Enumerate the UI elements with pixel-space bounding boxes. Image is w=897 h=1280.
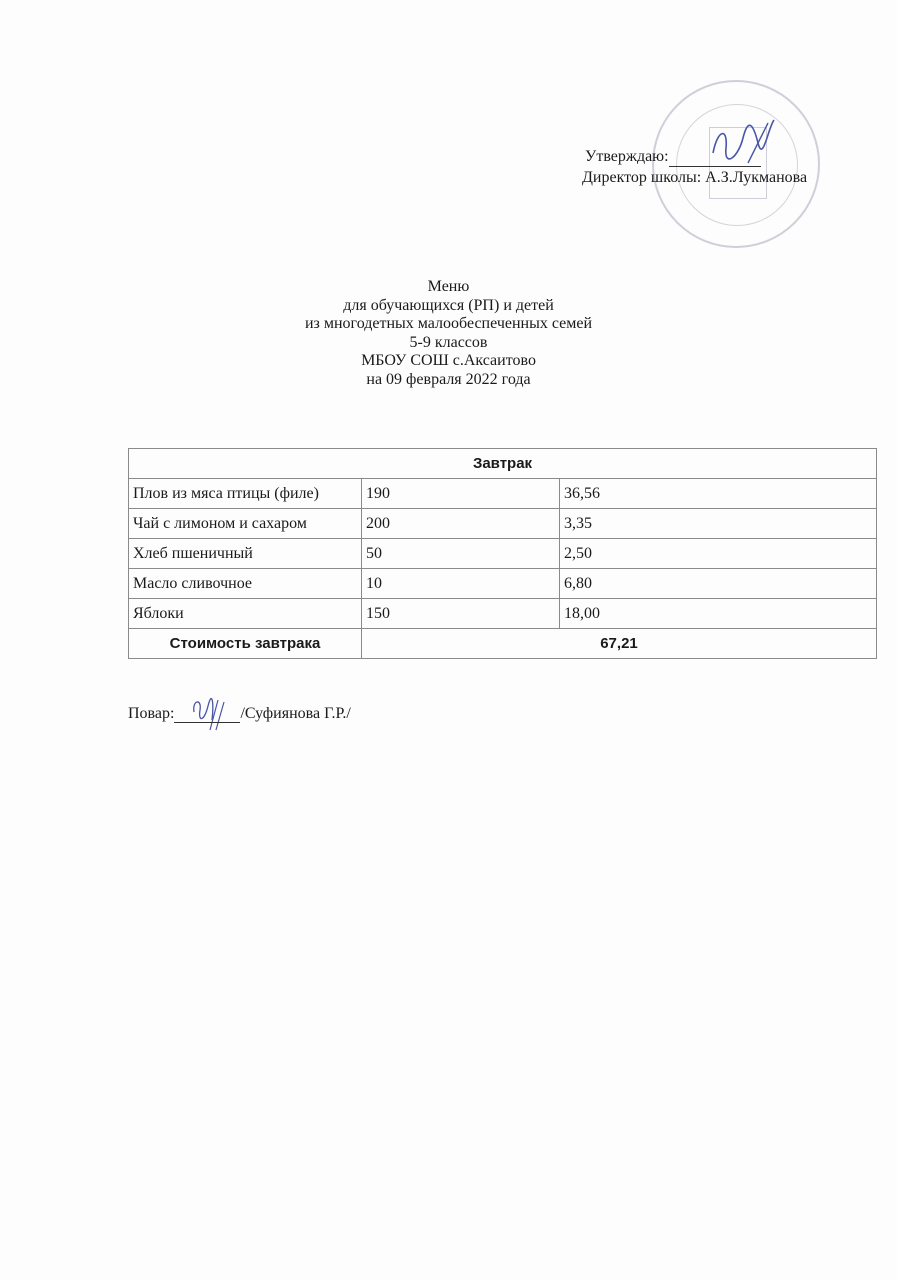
dish-weight: 150 <box>362 599 560 629</box>
dish-price: 3,35 <box>560 509 877 539</box>
cook-line: Повар:/Суфиянова Г.Р./ <box>128 705 351 723</box>
dish-price: 6,80 <box>560 569 877 599</box>
approve-label: Утверждаю: <box>585 148 669 165</box>
dish-weight: 190 <box>362 479 560 509</box>
approval-block: Утверждаю: Директор школы: А.З.Лукманова <box>582 146 807 188</box>
document-title: Меню для обучающихся (РП) и детей из мно… <box>0 278 897 389</box>
section-title: Завтрак <box>129 449 877 479</box>
title-line: для обучающихся (РП) и детей <box>0 297 897 316</box>
dish-name: Масло сливочное <box>129 569 362 599</box>
section-header-row: Завтрак <box>129 449 877 479</box>
dish-price: 2,50 <box>560 539 877 569</box>
title-line: МБОУ СОШ с.Аксаитово <box>0 352 897 371</box>
table-row: Плов из мяса птицы (филе) 190 36,56 <box>129 479 877 509</box>
title-line: 5-9 классов <box>0 334 897 353</box>
total-row: Стоимость завтрака 67,21 <box>129 629 877 659</box>
title-line: Меню <box>0 278 897 297</box>
signature-line <box>669 152 761 167</box>
total-label: Стоимость завтрака <box>129 629 362 659</box>
title-line: из многодетных малообеспеченных семей <box>0 315 897 334</box>
title-line: на 09 февраля 2022 года <box>0 371 897 390</box>
dish-price: 18,00 <box>560 599 877 629</box>
table-row: Масло сливочное 10 6,80 <box>129 569 877 599</box>
dish-name: Хлеб пшеничный <box>129 539 362 569</box>
total-value: 67,21 <box>362 629 877 659</box>
dish-weight: 200 <box>362 509 560 539</box>
dish-name: Яблоки <box>129 599 362 629</box>
menu-table: Завтрак Плов из мяса птицы (филе) 190 36… <box>128 448 877 659</box>
director-line: Директор школы: А.З.Лукманова <box>582 167 807 188</box>
dish-name: Чай с лимоном и сахаром <box>129 509 362 539</box>
cook-name: /Суфиянова Г.Р./ <box>240 705 350 722</box>
dish-weight: 50 <box>362 539 560 569</box>
table-row: Хлеб пшеничный 50 2,50 <box>129 539 877 569</box>
table-row: Чай с лимоном и сахаром 200 3,35 <box>129 509 877 539</box>
dish-price: 36,56 <box>560 479 877 509</box>
dish-name: Плов из мяса птицы (филе) <box>129 479 362 509</box>
cook-signature-line <box>174 708 240 723</box>
cook-label: Повар: <box>128 705 174 722</box>
table-row: Яблоки 150 18,00 <box>129 599 877 629</box>
dish-weight: 10 <box>362 569 560 599</box>
